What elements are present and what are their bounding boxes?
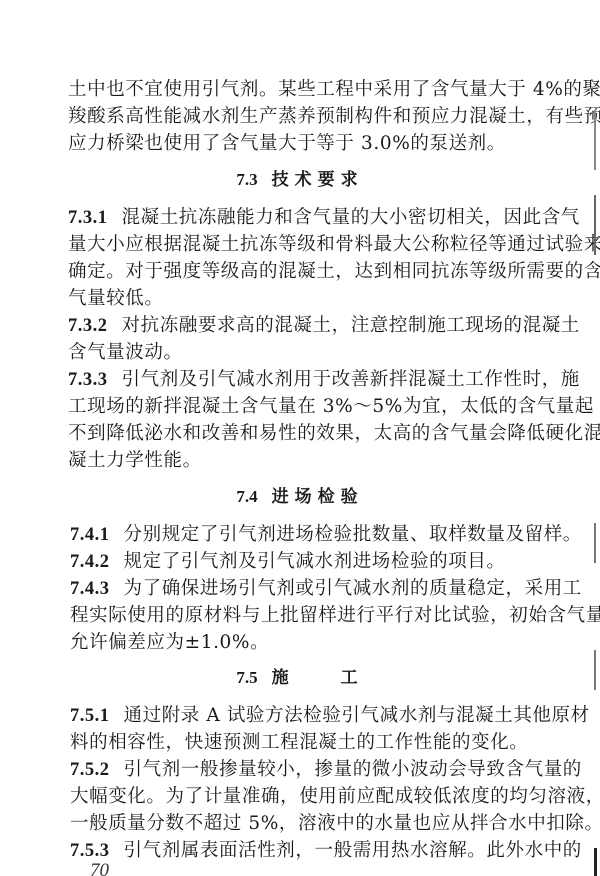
- document-page: 土中也不宜使用引气剂。某些工程中采用了含气量大于 4%的聚 羧酸系高性能减水剂生…: [0, 0, 600, 876]
- section-number: 7.3: [236, 170, 257, 189]
- section-title: 技术要求: [272, 170, 364, 190]
- clause-7-3-2: 7.3.2对抗冻融要求高的混凝土，注意控制施工现场的混凝土: [68, 314, 524, 338]
- clause-text: 混凝土抗冻融能力和含气量的大小密切相关，因此含气: [122, 207, 580, 228]
- clause-7-5-2: 7.5.2引气剂一般掺量较小，掺量的微小波动会导致含气量的: [70, 758, 526, 782]
- scan-edge-mark: [594, 848, 597, 876]
- clause-line: 确定。对于强度等级高的混凝土，达到相同抗冻等级所需要的含: [68, 260, 524, 284]
- clause-7-4-2: 7.4.2规定了引气剂及引气减水剂进场检验的项目。: [70, 550, 526, 574]
- clause-number: 7.5.1: [70, 706, 110, 726]
- clause-line: 凝土力学性能。: [68, 449, 524, 473]
- clause-text: 分别规定了引气剂进场检验批数量、取样数量及留样。: [124, 524, 582, 545]
- clause-7-3-3: 7.3.3引气剂及引气减水剂用于改善新拌混凝土工作性时，施: [68, 368, 524, 392]
- clause-number: 7.3.3: [68, 370, 108, 390]
- section-heading-7-5: 7.5施 工: [0, 666, 600, 690]
- clause-text: 对抗冻融要求高的混凝土，注意控制施工现场的混凝土: [122, 315, 580, 336]
- section-number: 7.5: [236, 668, 257, 687]
- clause-number: 7.3.2: [68, 316, 108, 336]
- clause-line: 不到降低泌水和改善和易性的效果，太高的含气量会降低硬化混: [68, 422, 524, 446]
- section-number: 7.4: [236, 487, 257, 506]
- scan-edge-mark: [594, 523, 596, 563]
- clause-text: 规定了引气剂及引气减水剂进场检验的项目。: [124, 551, 506, 572]
- clause-text: 引气剂及引气减水剂用于改善新拌混凝土工作性时，施: [122, 369, 580, 390]
- section-title: 进场检验: [272, 487, 364, 507]
- paragraph-line: 应力桥梁也使用了含气量大于等于 3.0%的泵送剂。: [68, 132, 524, 156]
- clause-text: 通过附录 A 试验方法检验引气减水剂与混凝土其他原材: [124, 705, 590, 726]
- clause-text: 引气剂一般掺量较小，掺量的微小波动会导致含气量的: [124, 759, 582, 780]
- section-heading-7-3: 7.3技术要求: [0, 168, 600, 192]
- clause-number: 7.4.3: [70, 579, 110, 599]
- clause-line: 量大小应根据混凝土抗冻等级和骨料最大公称粒径等通过试验来: [68, 233, 524, 257]
- section-heading-7-4: 7.4进场检验: [0, 485, 600, 509]
- scan-edge-mark: [594, 195, 596, 255]
- clause-number: 7.5.3: [70, 841, 110, 861]
- paragraph-line: 羧酸系高性能减水剂生产蒸养预制构件和预应力混凝土，有些预: [68, 105, 524, 129]
- clause-7-3-1: 7.3.1混凝土抗冻融能力和含气量的大小密切相关，因此含气: [68, 206, 524, 230]
- clause-number: 7.4.1: [70, 525, 110, 545]
- clause-number: 7.4.2: [70, 552, 110, 572]
- clause-7-4-1: 7.4.1分别规定了引气剂进场检验批数量、取样数量及留样。: [70, 523, 526, 547]
- paragraph-line: 土中也不宜使用引气剂。某些工程中采用了含气量大于 4%的聚: [68, 78, 524, 102]
- clause-line: 一般质量分数不超过 5%，溶液中的水量也应从拌合水中扣除。: [70, 812, 526, 836]
- section-title: 施 工: [272, 668, 364, 688]
- clause-line: 料的相容性，快速预测工程混凝土的工作性能的变化。: [70, 731, 526, 755]
- clause-7-5-3: 7.5.3引气剂属表面活性剂，一般需用热水溶解。此外水中的: [70, 839, 526, 863]
- clause-text: 引气剂属表面活性剂，一般需用热水溶解。此外水中的: [124, 840, 582, 861]
- clause-7-4-3: 7.4.3为了确保进场引气剂或引气减水剂的质量稳定，采用工: [70, 577, 526, 601]
- clause-7-5-1: 7.5.1通过附录 A 试验方法检验引气减水剂与混凝土其他原材: [70, 704, 526, 728]
- clause-line: 含气量波动。: [68, 341, 524, 365]
- clause-line: 允许偏差应为±1.0%。: [70, 631, 526, 655]
- page-number: 70: [90, 860, 109, 876]
- clause-number: 7.5.2: [70, 760, 110, 780]
- clause-line: 大幅变化。为了计量准确，使用前应配成较低浓度的均匀溶液，: [70, 785, 526, 809]
- clause-line: 工现场的新拌混凝土含气量在 3%～5%为宜，太低的含气量起: [68, 395, 524, 419]
- clause-line: 气量较低。: [68, 287, 524, 311]
- clause-line: 程实际使用的原材料与上批留样进行平行对比试验，初始含气量: [70, 604, 526, 628]
- clause-text: 为了确保进场引气剂或引气减水剂的质量稳定，采用工: [124, 578, 582, 599]
- scan-edge-mark: [594, 650, 596, 690]
- clause-number: 7.3.1: [68, 208, 108, 228]
- scan-edge-mark: [594, 110, 596, 170]
